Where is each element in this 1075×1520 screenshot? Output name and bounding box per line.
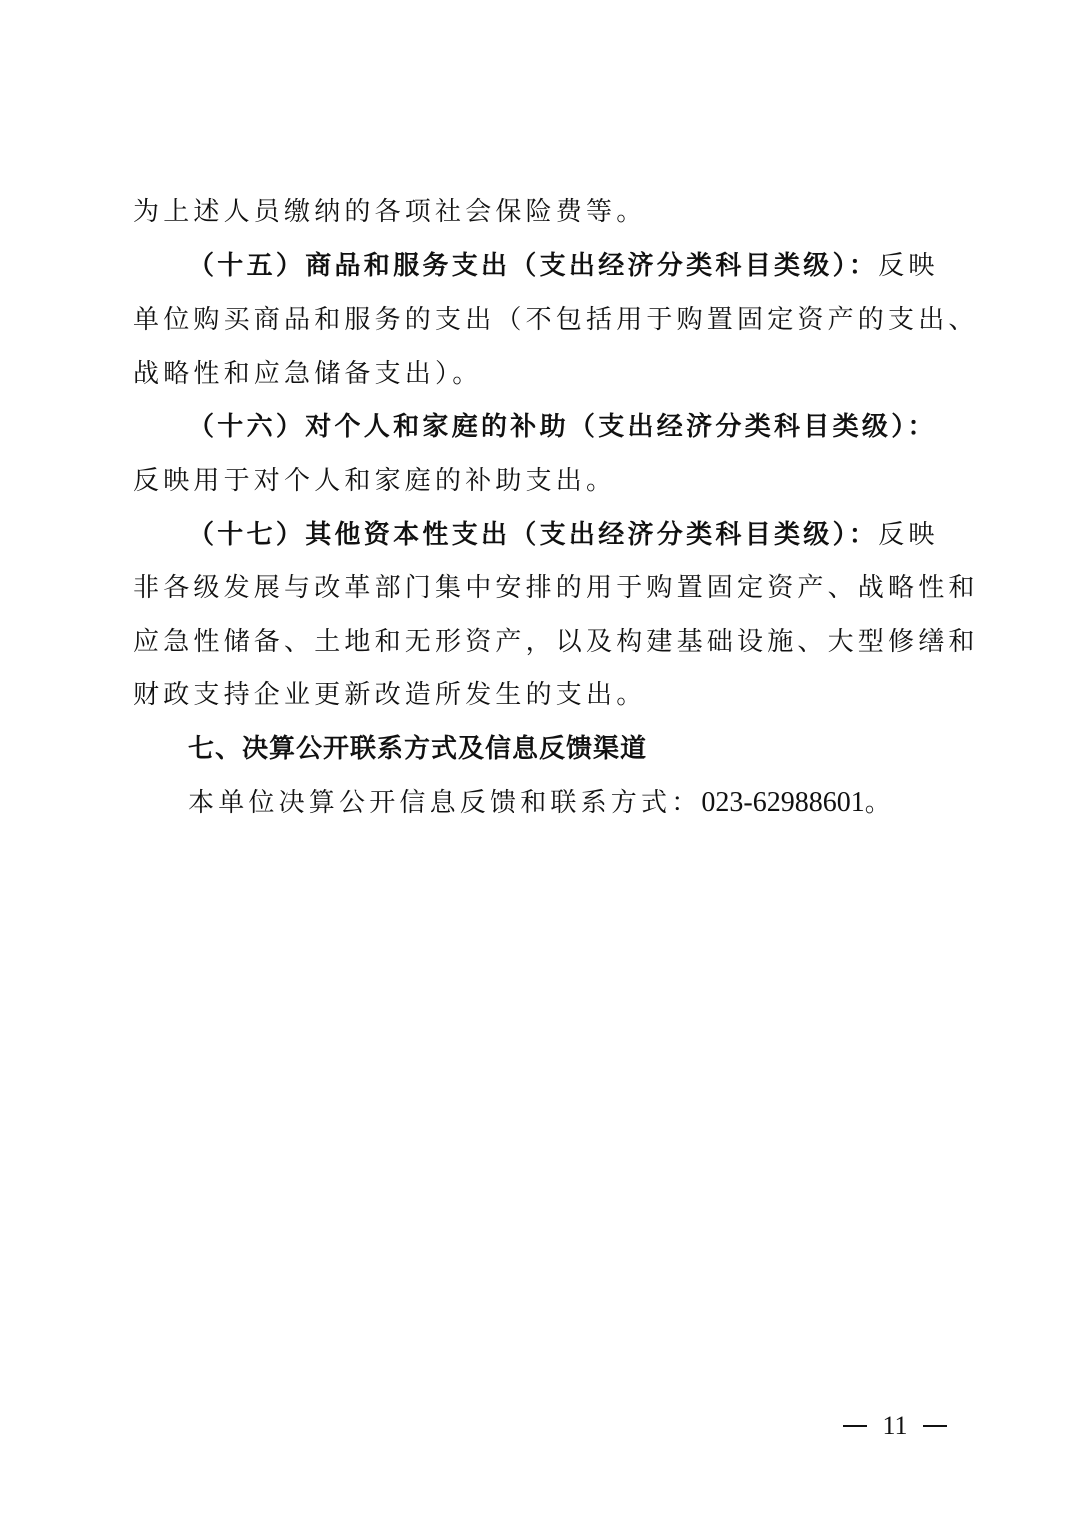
paragraph-line: 战略性和应急储备支出）。	[133, 358, 945, 390]
paragraph-17-first-line: （十七）其他资本性支出（支出经济分类科目类级）：反映	[188, 519, 945, 551]
paragraph-line: 应急性储备、土地和无形资产，以及构建基础设施、大型修缮和	[133, 626, 945, 658]
paragraph-15-heading: （十五）商品和服务支出（支出经济分类科目类级）：	[188, 251, 878, 281]
contact-label: 本单位决算公开信息反馈和联系方式：	[188, 788, 701, 818]
page-number: 11	[882, 1411, 907, 1441]
section-7-heading: 七、决算公开联系方式及信息反馈渠道	[188, 733, 647, 765]
paragraph-line: 非各级发展与改革部门集中安排的用于购置固定资产、战略性和	[133, 572, 945, 604]
contact-phone: 023-62988601	[701, 787, 864, 818]
dash-left	[843, 1425, 867, 1427]
paragraph-15-text: 反映	[878, 251, 938, 281]
paragraph-line: 反映用于对个人和家庭的补助支出。	[133, 465, 945, 497]
paragraph-17-heading: （十七）其他资本性支出（支出经济分类科目类级）：	[188, 520, 878, 550]
document-page: 为上述人员缴纳的各项社会保险费等。 （十五）商品和服务支出（支出经济分类科目类级…	[0, 0, 1075, 1520]
paragraph-line: 财政支持企业更新改造所发生的支出。	[133, 679, 945, 711]
paragraph-15-first-line: （十五）商品和服务支出（支出经济分类科目类级）：反映	[188, 250, 945, 282]
paragraph-17-text: 反映	[878, 520, 938, 550]
contact-suffix: 。	[865, 788, 895, 818]
paragraph-line: 为上述人员缴纳的各项社会保险费等。	[133, 196, 945, 228]
contact-line: 本单位决算公开信息反馈和联系方式：023-62988601。	[188, 787, 945, 819]
dash-right	[923, 1425, 947, 1427]
paragraph-line: 单位购买商品和服务的支出（不包括用于购置固定资产的支出、	[133, 304, 945, 336]
paragraph-16-first-line: （十六）对个人和家庭的补助（支出经济分类科目类级）：	[188, 411, 945, 443]
page-number-footer: 11	[843, 1410, 947, 1442]
paragraph-16-heading: （十六）对个人和家庭的补助（支出经济分类科目类级）：	[188, 412, 937, 442]
